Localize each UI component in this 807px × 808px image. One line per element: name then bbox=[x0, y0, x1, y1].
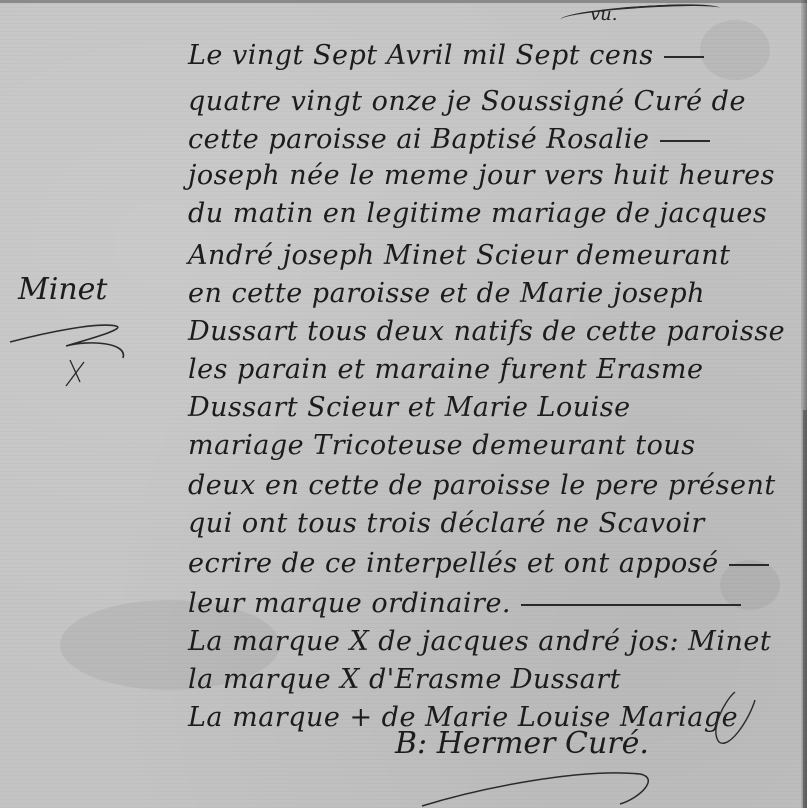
entry-line-14: ecrire de ce interpellés et ont apposé bbox=[188, 548, 769, 580]
manuscript-page: vu. Minet Le vingt Sept Avril mil Sept c… bbox=[0, 0, 807, 808]
entry-line-4: joseph née le meme jour vers huit heures bbox=[188, 160, 775, 192]
entry-line-10: Dussart Scieur et Marie Louise bbox=[188, 392, 631, 424]
entry-line-6: André joseph Minet Scieur demeurant bbox=[188, 240, 731, 272]
margin-flourish-with-mark bbox=[8, 320, 138, 390]
entry-line-11: mariage Tricoteuse demeurant tous bbox=[188, 430, 696, 462]
folio-mark: vu. bbox=[590, 4, 617, 25]
entry-line-5: du matin en legitime mariage de jacques bbox=[188, 198, 767, 230]
entry-line-8: Dussart tous deux natifs de cette parois… bbox=[188, 316, 785, 348]
signature-loop-flourish bbox=[705, 690, 765, 750]
entry-line-7: en cette paroisse et de Marie joseph bbox=[188, 278, 705, 310]
mark-line-father: La marque X de jacques andré jos: Minet bbox=[188, 626, 771, 658]
folio-flourish bbox=[560, 2, 721, 26]
entry-line-13: qui ont tous trois déclaré ne Scavoir bbox=[188, 508, 705, 540]
page-binding-shadow bbox=[803, 410, 807, 808]
paper-stain bbox=[700, 20, 770, 80]
entry-line-2: quatre vingt onze je Soussigné Curé de bbox=[188, 86, 746, 118]
entry-line-1: Le vingt Sept Avril mil Sept cens bbox=[188, 40, 704, 72]
mark-line-godfather: la marque X d'Erasme Dussart bbox=[188, 664, 621, 696]
signature-underline-flourish bbox=[420, 768, 660, 808]
curate-signature: B: Hermer Curé. bbox=[395, 726, 649, 761]
margin-name: Minet bbox=[18, 272, 107, 307]
entry-line-9: les parain et maraine furent Erasme bbox=[188, 354, 703, 386]
entry-line-3: cette paroisse ai Baptisé Rosalie bbox=[188, 124, 710, 156]
entry-line-15: leur marque ordinaire. bbox=[188, 588, 741, 620]
page-top-edge bbox=[0, 0, 807, 3]
entry-line-12: deux en cette de paroisse le pere présen… bbox=[188, 470, 776, 502]
